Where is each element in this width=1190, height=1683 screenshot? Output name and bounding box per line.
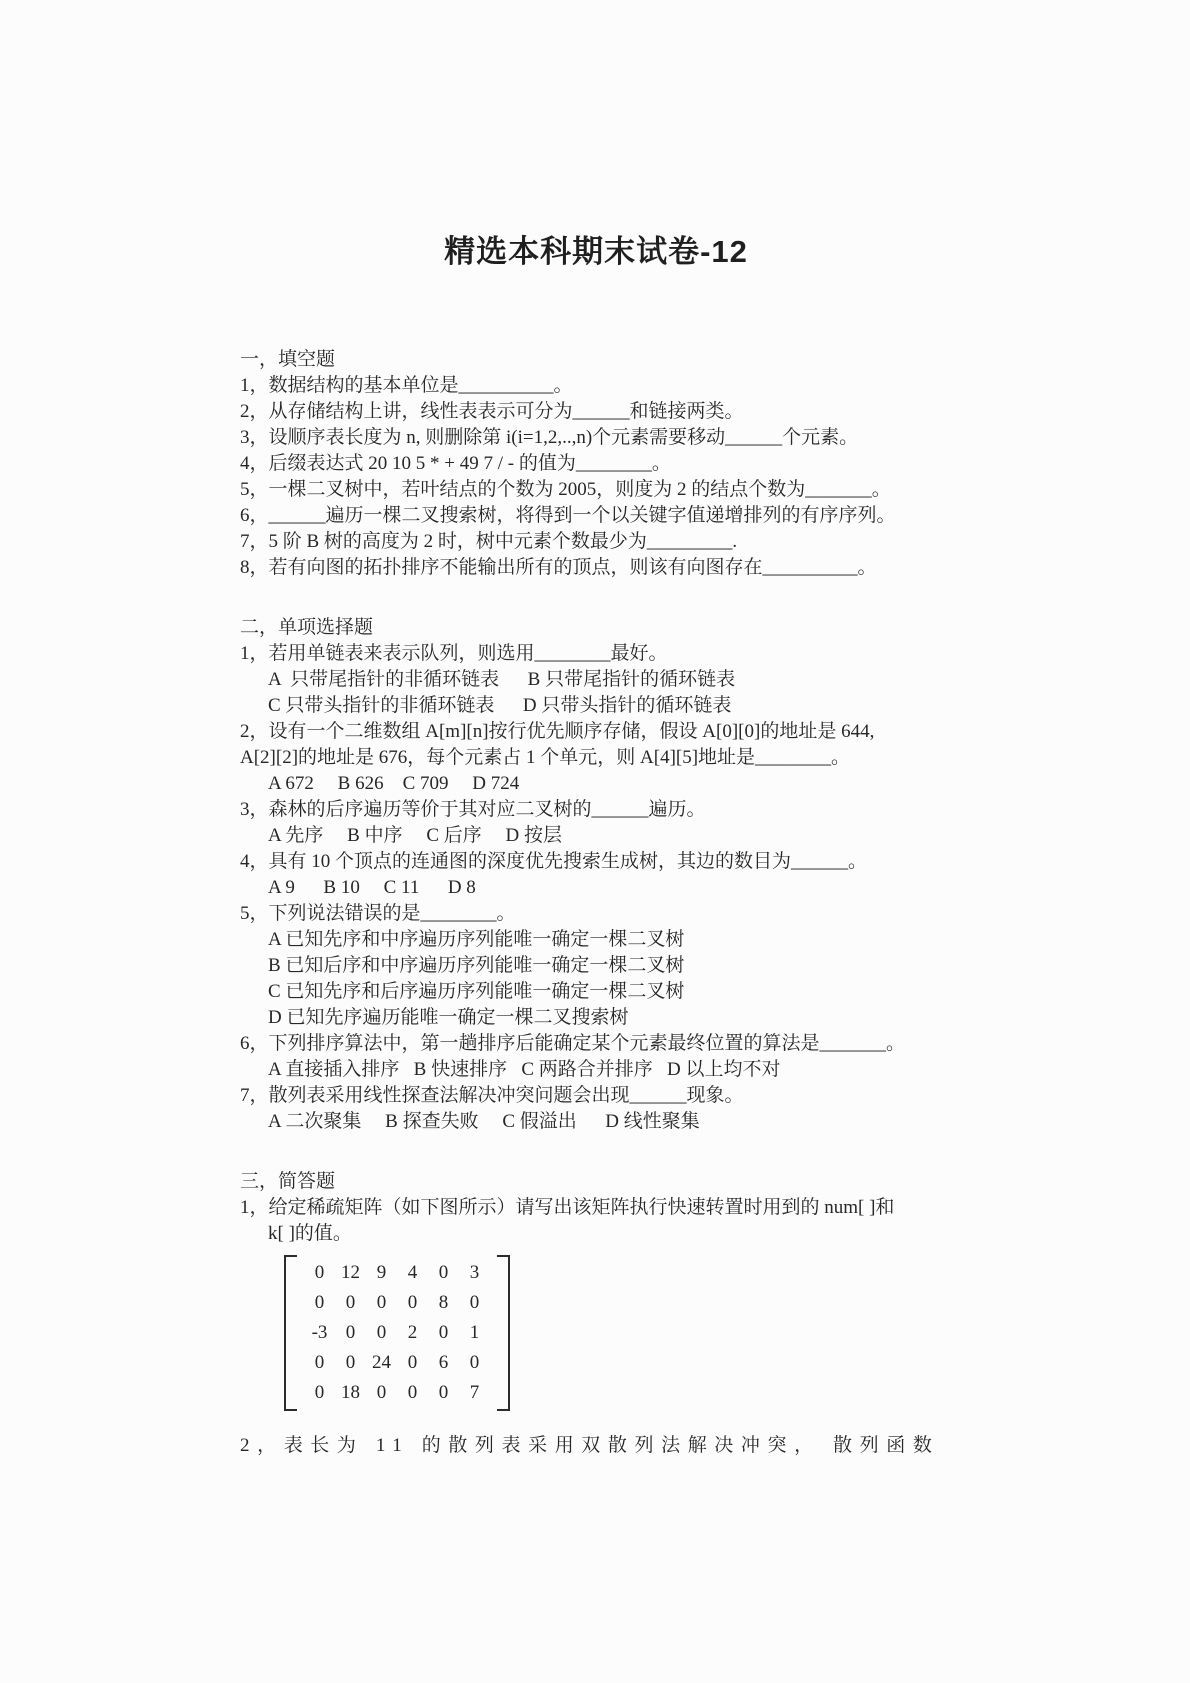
matrix-cell: 18 bbox=[335, 1382, 366, 1404]
section-gap bbox=[240, 581, 952, 615]
section-short-answer: 三，简答题 1，给定稀疏矩阵（如下图所示）请写出该矩阵执行快速转置时用到的 nu… bbox=[240, 1169, 952, 1459]
section-fill-blank: 一，填空题 1，数据结构的基本单位是__________。 2，从存储结构上讲，… bbox=[240, 347, 952, 581]
matrix-cell: 0 bbox=[459, 1292, 490, 1314]
matrix-cell: 0 bbox=[304, 1292, 335, 1314]
mc-question-3-options: A 先序 B 中序 C 后序 D 按层 bbox=[240, 823, 952, 849]
page-title: 精选本科期末试卷-12 bbox=[240, 226, 952, 271]
exam-page: 精选本科期末试卷-12 一，填空题 1，数据结构的基本单位是__________… bbox=[0, 0, 1190, 1683]
mc-question-7-options: A 二次聚集 B 探查失败 C 假溢出 D 线性聚集 bbox=[240, 1109, 952, 1135]
short-answer-question-1-line-2: k[ ]的值。 bbox=[240, 1221, 952, 1247]
matrix-row: 0 18 0 0 0 7 bbox=[304, 1378, 490, 1408]
section-gap bbox=[240, 1135, 952, 1169]
mc-question-3: 3，森林的后序遍历等价于其对应二叉树的______遍历。 bbox=[240, 797, 952, 823]
fill-blank-question-1: 1，数据结构的基本单位是__________。 bbox=[240, 373, 952, 399]
matrix-cell: 0 bbox=[366, 1382, 397, 1404]
section-multiple-choice: 二，单项选择题 1，若用单链表来表示队列，则选用________最好。 A 只带… bbox=[240, 615, 952, 1135]
matrix-cell: 3 bbox=[459, 1262, 490, 1284]
mc-question-5-option-d: D 已知先序遍历能唯一确定一棵二叉搜索树 bbox=[240, 1005, 952, 1031]
matrix-cell: 0 bbox=[304, 1352, 335, 1374]
matrix-cell: 6 bbox=[428, 1352, 459, 1374]
matrix-cell: 0 bbox=[335, 1352, 366, 1374]
section-heading-short-answer: 三，简答题 bbox=[240, 1169, 952, 1195]
matrix-cell: 0 bbox=[335, 1292, 366, 1314]
matrix-cell: 9 bbox=[366, 1262, 397, 1284]
sparse-matrix: 0 12 9 4 0 3 0 0 0 0 8 0 -3 0 bbox=[284, 1255, 952, 1411]
matrix-cell: 12 bbox=[335, 1262, 366, 1284]
section-heading-multiple-choice: 二，单项选择题 bbox=[240, 615, 952, 641]
matrix-cell: 0 bbox=[428, 1382, 459, 1404]
fill-blank-question-3: 3，设顺序表长度为 n, 则删除第 i(i=1,2,..,n)个元素需要移动__… bbox=[240, 425, 952, 451]
matrix-cell: 8 bbox=[428, 1292, 459, 1314]
mc-question-6: 6，下列排序算法中，第一趟排序后能确定某个元素最终位置的算法是_______。 bbox=[240, 1031, 952, 1057]
mc-question-5-option-c: C 已知先序和后序遍历序列能唯一确定一棵二叉树 bbox=[240, 979, 952, 1005]
mc-question-4-options: A 9 B 10 C 11 D 8 bbox=[240, 875, 952, 901]
mc-question-2-line-2: A[2][2]的地址是 676，每个元素占 1 个单元，则 A[4][5]地址是… bbox=[240, 745, 952, 771]
fill-blank-question-8: 8，若有向图的拓扑排序不能输出所有的顶点，则该有向图存在__________。 bbox=[240, 555, 952, 581]
mc-question-1-options-ab: A 只带尾指针的非循环链表 B 只带尾指针的循环链表 bbox=[240, 667, 952, 693]
mc-question-2-options: A 672 B 626 C 709 D 724 bbox=[240, 771, 952, 797]
matrix-cell: 24 bbox=[366, 1352, 397, 1374]
mc-question-1: 1，若用单链表来表示队列，则选用________最好。 bbox=[240, 641, 952, 667]
fill-blank-question-2: 2，从存储结构上讲，线性表表示可分为______和链接两类。 bbox=[240, 399, 952, 425]
fill-blank-question-6: 6，______遍历一棵二叉搜索树，将得到一个以关键字值递增排列的有序序列。 bbox=[240, 503, 952, 529]
matrix-cell: 0 bbox=[397, 1352, 428, 1374]
matrix-row: -3 0 0 2 0 1 bbox=[304, 1318, 490, 1348]
mc-question-7: 7，散列表采用线性探查法解决冲突问题会出现______现象。 bbox=[240, 1083, 952, 1109]
short-answer-question-1-line-1: 1，给定稀疏矩阵（如下图所示）请写出该矩阵执行快速转置时用到的 num[ ]和 bbox=[240, 1195, 952, 1221]
matrix-cell: 4 bbox=[397, 1262, 428, 1284]
mc-question-2-line-1: 2，设有一个二维数组 A[m][n]按行优先顺序存储，假设 A[0][0]的地址… bbox=[240, 719, 952, 745]
short-answer-question-2: 2，表长为 11 的散列表采用双散列法解决冲突， 散列函数 bbox=[240, 1433, 952, 1459]
matrix-cell: 0 bbox=[366, 1292, 397, 1314]
mc-question-5-option-a: A 已知先序和中序遍历序列能唯一确定一棵二叉树 bbox=[240, 927, 952, 953]
matrix-cell: -3 bbox=[304, 1322, 335, 1344]
matrix-cell: 0 bbox=[459, 1352, 490, 1374]
mc-question-1-options-cd: C 只带头指针的非循环链表 D 只带头指针的循环链表 bbox=[240, 693, 952, 719]
matrix-cell: 0 bbox=[304, 1262, 335, 1284]
mc-question-6-options: A 直接插入排序 B 快速排序 C 两路合并排序 D 以上均不对 bbox=[240, 1057, 952, 1083]
matrix-cell: 0 bbox=[304, 1382, 335, 1404]
matrix-row: 0 0 24 0 6 0 bbox=[304, 1348, 490, 1378]
matrix-cell: 0 bbox=[335, 1322, 366, 1344]
fill-blank-question-7: 7，5 阶 B 树的高度为 2 时，树中元素个数最少为_________. bbox=[240, 529, 952, 555]
fill-blank-question-5: 5，一棵二叉树中，若叶结点的个数为 2005，则度为 2 的结点个数为_____… bbox=[240, 477, 952, 503]
section-heading-fill-blank: 一，填空题 bbox=[240, 347, 952, 373]
mc-question-4: 4，具有 10 个顶点的连通图的深度优先搜索生成树，其边的数目为______。 bbox=[240, 849, 952, 875]
matrix-cell: 1 bbox=[459, 1322, 490, 1344]
matrix-cell: 7 bbox=[459, 1382, 490, 1404]
matrix-cell: 0 bbox=[428, 1262, 459, 1284]
matrix-cell: 0 bbox=[397, 1382, 428, 1404]
matrix-cell: 2 bbox=[397, 1322, 428, 1344]
matrix-grid: 0 12 9 4 0 3 0 0 0 0 8 0 -3 0 bbox=[297, 1255, 497, 1411]
matrix-cell: 0 bbox=[428, 1322, 459, 1344]
mc-question-5-option-b: B 已知后序和中序遍历序列能唯一确定一棵二叉树 bbox=[240, 953, 952, 979]
matrix-left-bracket bbox=[284, 1255, 297, 1411]
mc-question-5: 5，下列说法错误的是________。 bbox=[240, 901, 952, 927]
matrix-cell: 0 bbox=[397, 1292, 428, 1314]
matrix-row: 0 12 9 4 0 3 bbox=[304, 1258, 490, 1288]
fill-blank-question-4: 4，后缀表达式 20 10 5 * + 49 7 / - 的值为________… bbox=[240, 451, 952, 477]
matrix-row: 0 0 0 0 8 0 bbox=[304, 1288, 490, 1318]
matrix-cell: 0 bbox=[366, 1322, 397, 1344]
matrix-right-bracket bbox=[497, 1255, 510, 1411]
